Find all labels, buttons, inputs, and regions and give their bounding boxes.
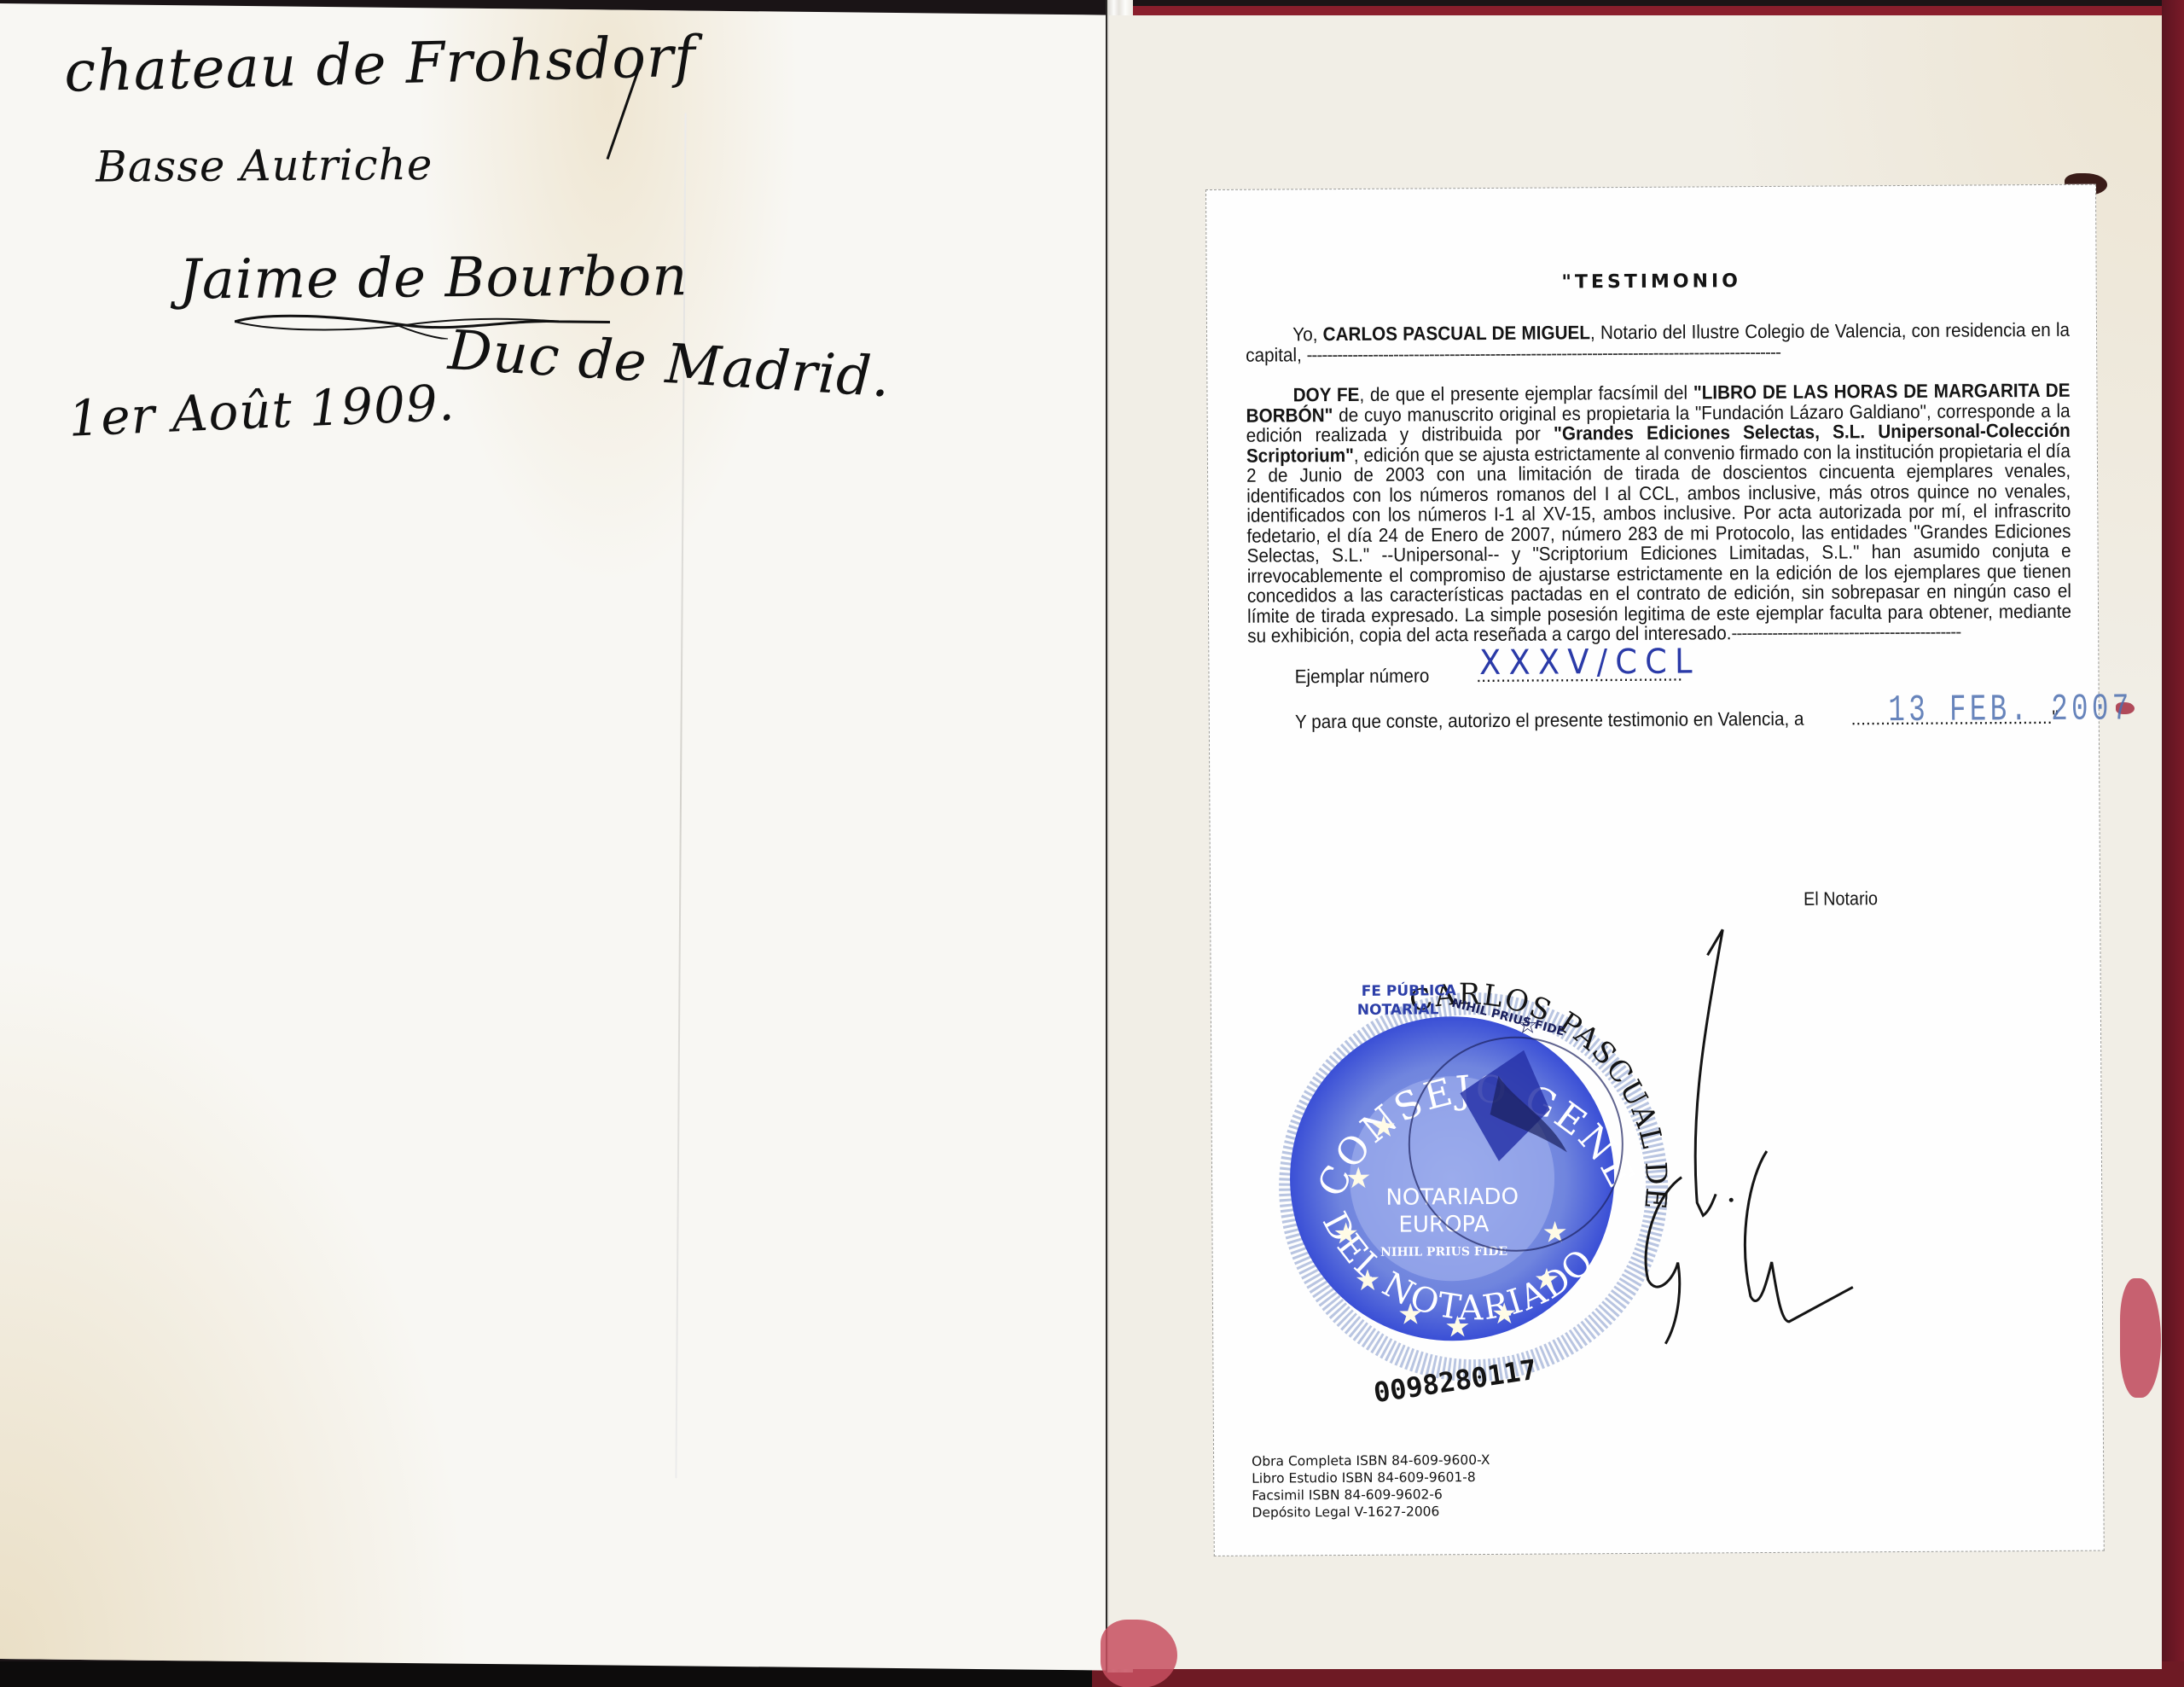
book-spread: chateau de Frohsdorf Basse Autriche Jaim… bbox=[0, 0, 2184, 1687]
svg-text:★: ★ bbox=[1345, 1162, 1372, 1195]
page-crease bbox=[675, 113, 686, 1478]
svg-text:★: ★ bbox=[1491, 1298, 1518, 1330]
svg-text:EUROPA: EUROPA bbox=[1398, 1212, 1489, 1238]
handwritten-stroke-icon bbox=[597, 61, 648, 164]
cover-edge-top bbox=[1109, 0, 2184, 15]
notary-signature-icon bbox=[1629, 920, 1938, 1348]
line-fill: ----------------------------------------… bbox=[1731, 621, 1960, 644]
stain-bottom-spine bbox=[1101, 1620, 1177, 1687]
isbn-study-book: Libro Estudio ISBN 84-609-9601-8 bbox=[1252, 1469, 1490, 1487]
handwritten-region: Basse Autriche bbox=[96, 140, 433, 192]
doy-fe-paragraph: DOY FE, de que el presente ejemplar facs… bbox=[1246, 381, 2071, 646]
isbn-complete-work: Obra Completa ISBN 84-609-9600-X bbox=[1252, 1451, 1490, 1470]
notary-intro-paragraph: Yo, CARLOS PASCUAL DE MIGUEL, Notario de… bbox=[1246, 320, 2070, 365]
cover-edge-right bbox=[2162, 0, 2184, 1687]
closing-text: Y para que conste, autorizo el presente … bbox=[1295, 708, 1804, 733]
left-page: chateau de Frohsdorf Basse Autriche Jaim… bbox=[0, 3, 1106, 1671]
svg-text:FE PÚBLICA: FE PÚBLICA bbox=[1362, 980, 1457, 1000]
closing-paragraph: Y para que conste, autorizo el presente … bbox=[1248, 707, 2072, 732]
svg-text:★: ★ bbox=[1371, 1111, 1397, 1143]
copy-number-line: Ejemplar número ........................… bbox=[1247, 661, 2071, 686]
svg-text:★: ★ bbox=[1534, 1263, 1560, 1295]
isbn-facsimile: Facsimil ISBN 84-609-9602-6 bbox=[1252, 1486, 1490, 1504]
legal-deposit: Depósito Legal V-1627-2006 bbox=[1252, 1503, 1490, 1521]
handwritten-title: Duc de Madrid. bbox=[446, 319, 892, 410]
handwritten-date: 1er Août 1909. bbox=[67, 374, 456, 448]
isbn-info: Obra Completa ISBN 84-609-9600-X Libro E… bbox=[1252, 1451, 1490, 1521]
doy-fe-lead: DOY FE bbox=[1293, 384, 1360, 405]
stain-right-lower bbox=[2120, 1278, 2161, 1398]
copy-number-label: Ejemplar número bbox=[1295, 665, 1430, 687]
notarial-certificate: "TESTIMONIO Yo, CARLOS PASCUAL DE MIGUEL… bbox=[1205, 184, 2105, 1556]
svg-text:★: ★ bbox=[1444, 1311, 1471, 1343]
certificate-title: "TESTIMONIO bbox=[1207, 269, 2096, 295]
handwritten-signature: Jaime de Bourbon bbox=[178, 245, 688, 311]
certificate-body: Yo, CARLOS PASCUAL DE MIGUEL, Notario de… bbox=[1246, 320, 2072, 753]
intro-prefix: Yo, bbox=[1292, 323, 1323, 345]
line-fill: ----------------------------------------… bbox=[1306, 340, 1780, 364]
svg-text:★: ★ bbox=[1355, 1265, 1381, 1297]
date-stamp: 13 FEB. 2007 bbox=[1851, 700, 2133, 722]
signer-label: El Notario bbox=[1804, 887, 1878, 910]
seal-center-line1: NOTARIADO bbox=[1385, 1184, 1519, 1211]
doy-fe-text-3: , edición que se ajusta estrictamente al… bbox=[1246, 439, 2071, 646]
copy-number-value: XXXV/CCL bbox=[1432, 652, 1700, 673]
svg-text:★: ★ bbox=[1333, 1218, 1359, 1250]
svg-text:NOTARIAL: NOTARIAL bbox=[1357, 1001, 1439, 1019]
svg-text:★: ★ bbox=[1397, 1298, 1424, 1330]
